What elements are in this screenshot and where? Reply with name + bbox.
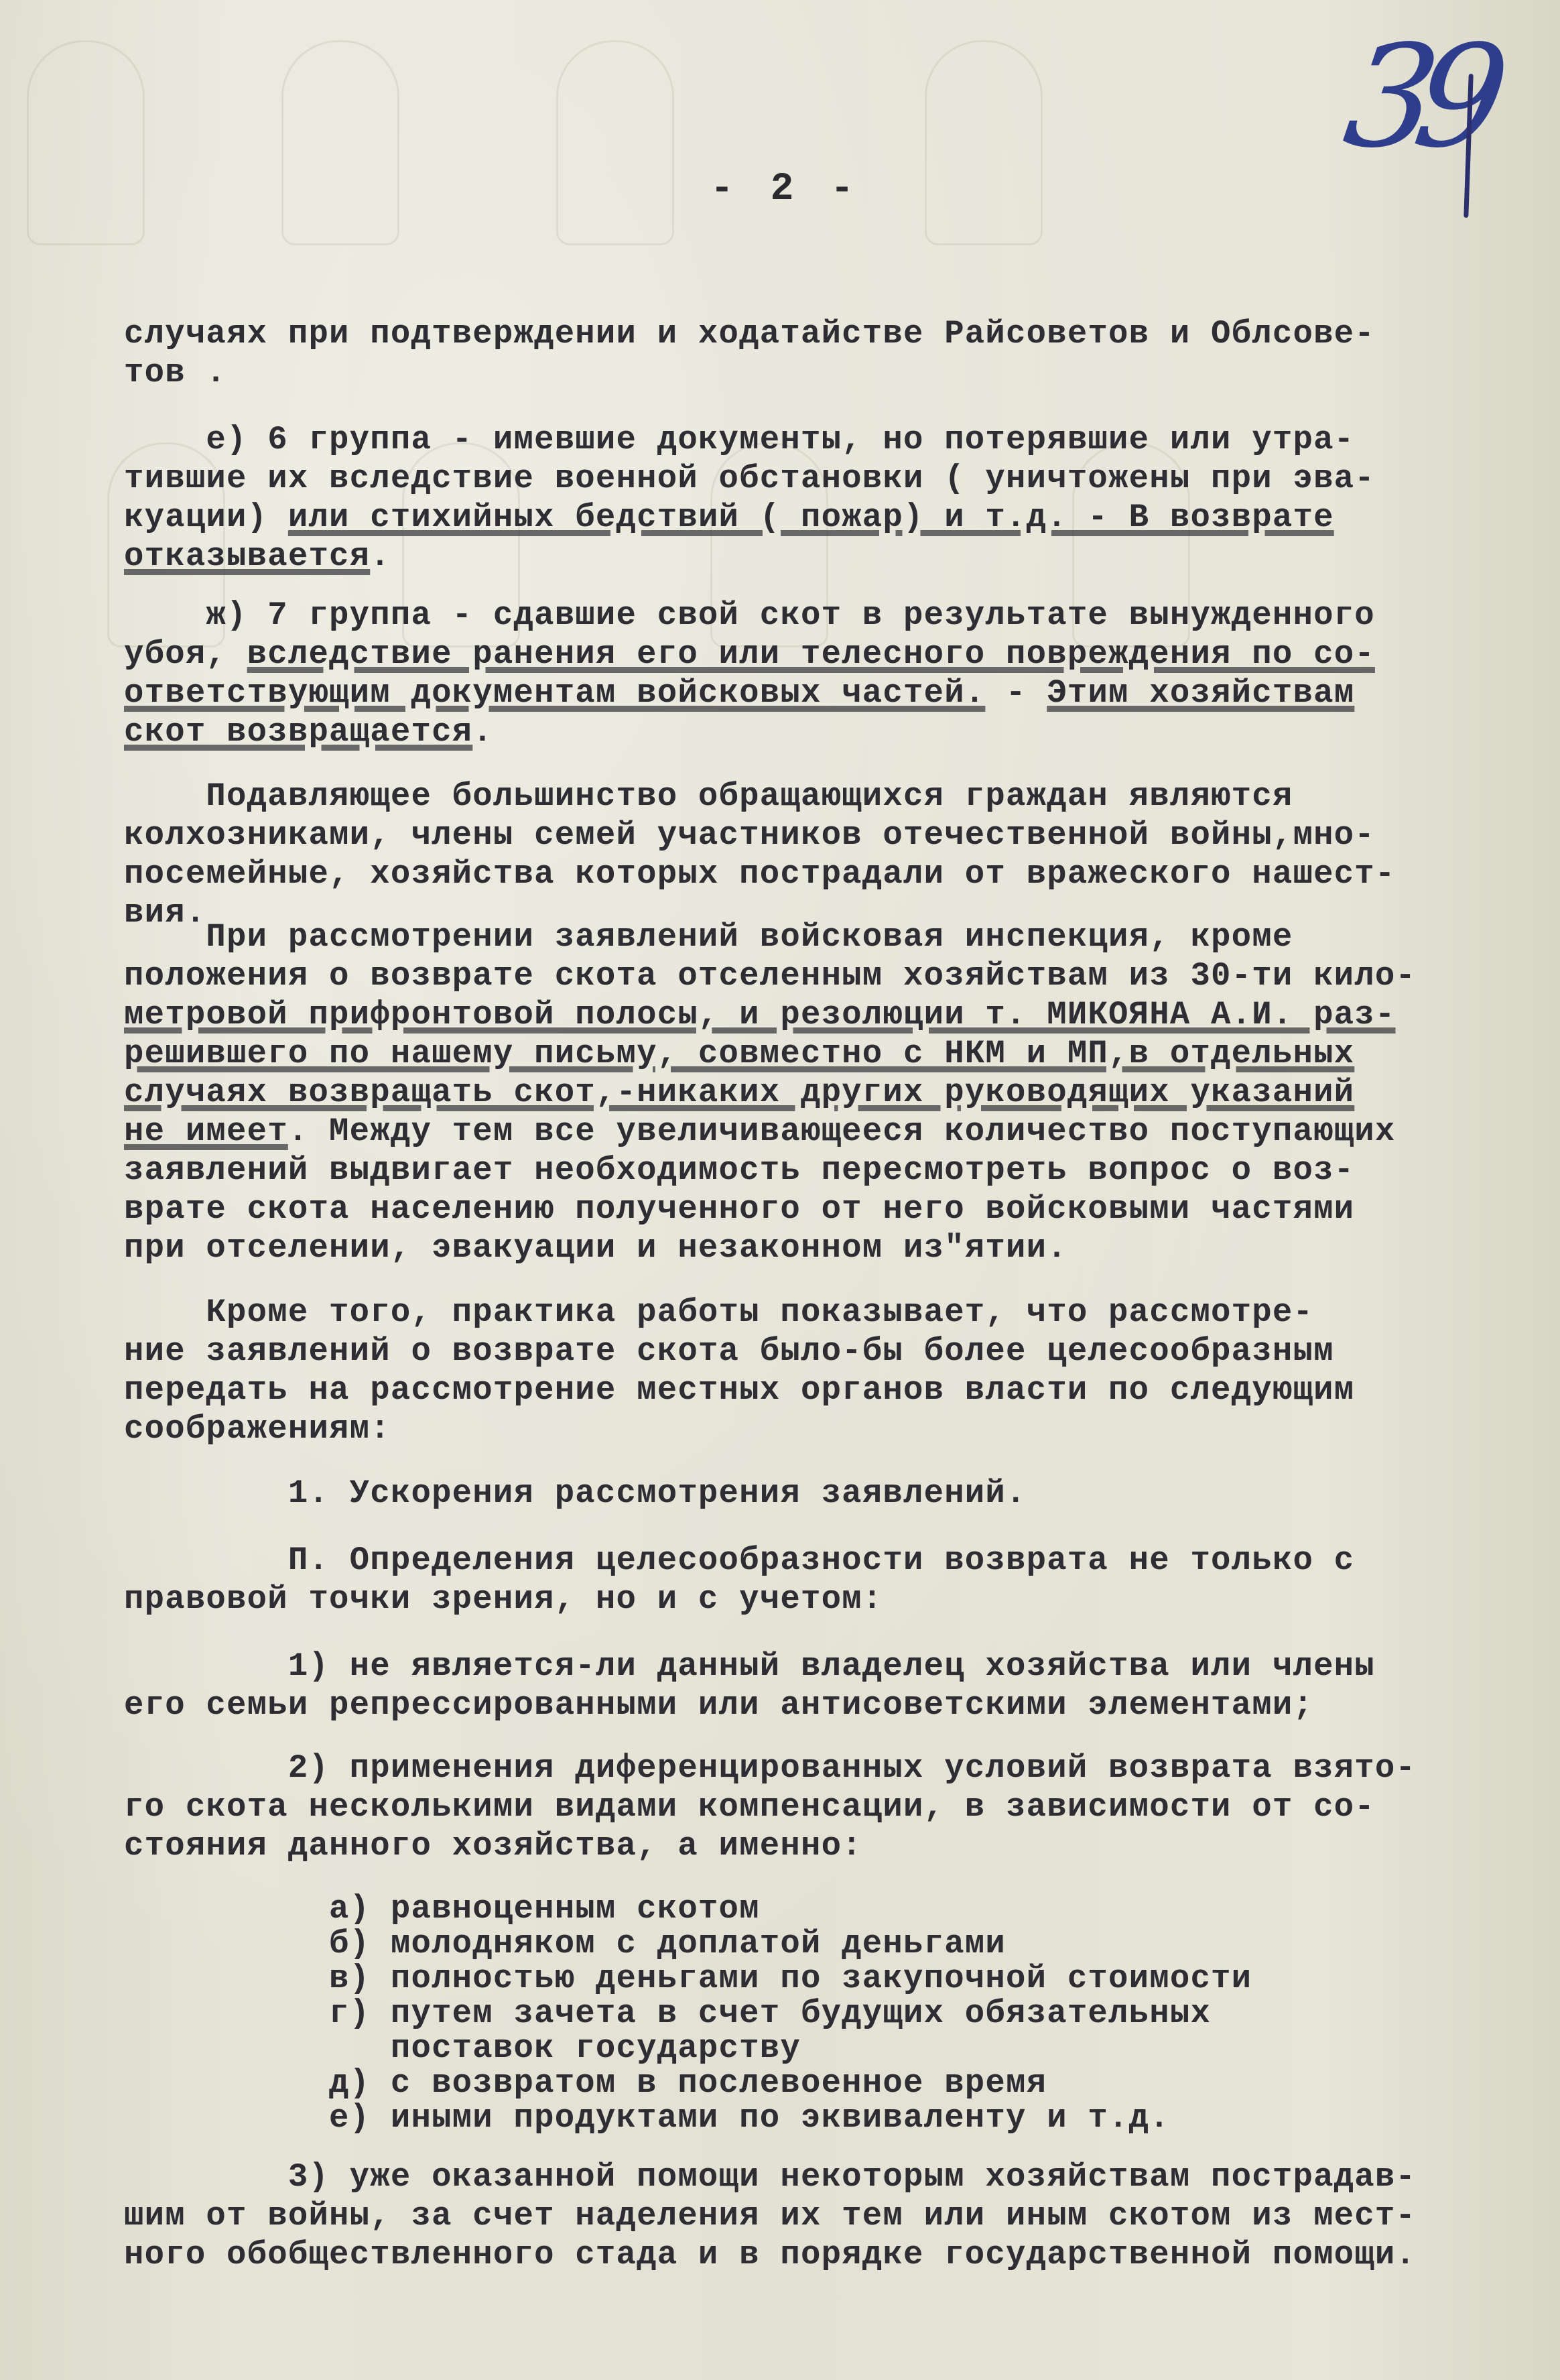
pencil-underline: отказывается: [124, 538, 370, 575]
text-line: 3) уже оказанной помощи некоторым хозяйс…: [124, 2158, 1518, 2196]
text-line: случаях при подтверждении и ходатайстве …: [124, 315, 1518, 353]
text-line: 2) применения диференцированных условий …: [124, 1749, 1518, 1788]
text-line: куации) или стихийных бедствий ( пожар) …: [124, 499, 1518, 537]
text-line: соображениям:: [124, 1410, 1518, 1448]
pencil-underline: скот возвращается: [124, 713, 472, 751]
text-line: при отселении, эвакуации и незаконном из…: [124, 1229, 1518, 1267]
watermark-emblem: [281, 40, 399, 245]
text-line: посемейные, хозяйства которых пострадали…: [124, 855, 1518, 893]
text-line: д) с возвратом в послевоенное время: [124, 2064, 1518, 2103]
text-line: ние заявлений о возврате скота было-бы б…: [124, 1332, 1518, 1371]
text-line: тов .: [124, 354, 1518, 392]
text-line: не имеет. Между тем все увеличивающееся …: [124, 1113, 1518, 1151]
pencil-underline: не имеет: [124, 1113, 288, 1150]
text-line: заявлений выдвигает необходимость пересм…: [124, 1151, 1518, 1190]
text-line: убоя, вследствие ранения его или телесно…: [124, 635, 1518, 674]
text-line: Подавляющее большинство обращающихся гра…: [124, 777, 1518, 816]
text-line: ж) 7 группа - сдавшие свой скот в резуль…: [124, 597, 1518, 635]
text-line: 1. Ускорения рассмотрения заявлений.: [124, 1475, 1518, 1513]
page-number: - 2 -: [710, 168, 860, 211]
text-line: шим от войны, за счет наделения их тем и…: [124, 2197, 1518, 2235]
text-line: тившие их вследствие военной обстановки …: [124, 460, 1518, 498]
text-line: а) равноценным скотом: [124, 1890, 1518, 1928]
text-line: ного обобществленного стада и в порядке …: [124, 2236, 1518, 2274]
text-line: правовой точки зрения, но и с учетом:: [124, 1580, 1518, 1619]
text-line: е) 6 группа - имевшие документы, но поте…: [124, 421, 1518, 459]
watermark-emblem: [925, 40, 1043, 245]
text-line: стояния данного хозяйства, а именно:: [124, 1827, 1518, 1865]
text-line: колхозниками, члены семей участников оте…: [124, 816, 1518, 855]
text-line: скот возвращается.: [124, 713, 1518, 751]
text-line: метровой прифронтовой полосы, и резолюци…: [124, 996, 1518, 1034]
watermark-emblem: [27, 40, 145, 245]
pencil-underline: решившего по нашему письму, совместно с …: [124, 1035, 1354, 1072]
pencil-underline: ответствующим документам войсковых часте…: [124, 674, 985, 712]
watermark-emblem: [556, 40, 674, 245]
text-line: е) иными продуктами по эквиваленту и т.д…: [124, 2099, 1518, 2137]
text-line: ответствующим документам войсковых часте…: [124, 674, 1518, 712]
text-line: При рассмотрении заявлений войсковая инс…: [124, 918, 1518, 956]
pencil-underline: Этим хозяйствам: [1047, 674, 1354, 712]
text-line: его семьи репрессированными или антисове…: [124, 1686, 1518, 1725]
pencil-underline: или стихийных бедствий ( пожар) и т.д. -…: [288, 499, 1334, 536]
text-line: в) полностью деньгами по закупочной стои…: [124, 1960, 1518, 1998]
document-page: 39 - 2 - случаях при подтверждении и ход…: [0, 0, 1560, 2380]
pencil-underline: случаях возвращать скот,-никаких других …: [124, 1074, 1354, 1111]
text-line: отказывается.: [124, 538, 1518, 576]
pencil-underline: метровой прифронтовой полосы, и резолюци…: [124, 996, 1396, 1034]
text-line: б) молодняком с доплатой деньгами: [124, 1925, 1518, 1963]
text-line: 1) не является-ли данный владелец хозяйс…: [124, 1647, 1518, 1686]
text-line: случаях возвращать скот,-никаких других …: [124, 1074, 1518, 1112]
handwritten-folio-number: 39: [1330, 27, 1518, 221]
text-line: передать на рассмотрение местных органов…: [124, 1371, 1518, 1410]
text-line: г) путем зачета в счет будущих обязатель…: [124, 1995, 1518, 2033]
text-line: решившего по нашему письму, совместно с …: [124, 1035, 1518, 1073]
text-line: поставок государству: [124, 2029, 1518, 2068]
text-line: Кроме того, практика работы показывает, …: [124, 1294, 1518, 1332]
text-line: П. Определения целесообразности возврата…: [124, 1542, 1518, 1580]
pencil-underline: вследствие ранения его или телесного пов…: [247, 635, 1375, 673]
text-line: положения о возврате скота отселенным хо…: [124, 957, 1518, 995]
text-line: го скота несколькими видами компенсации,…: [124, 1788, 1518, 1826]
text-line: врате скота населению полученного от нег…: [124, 1190, 1518, 1229]
